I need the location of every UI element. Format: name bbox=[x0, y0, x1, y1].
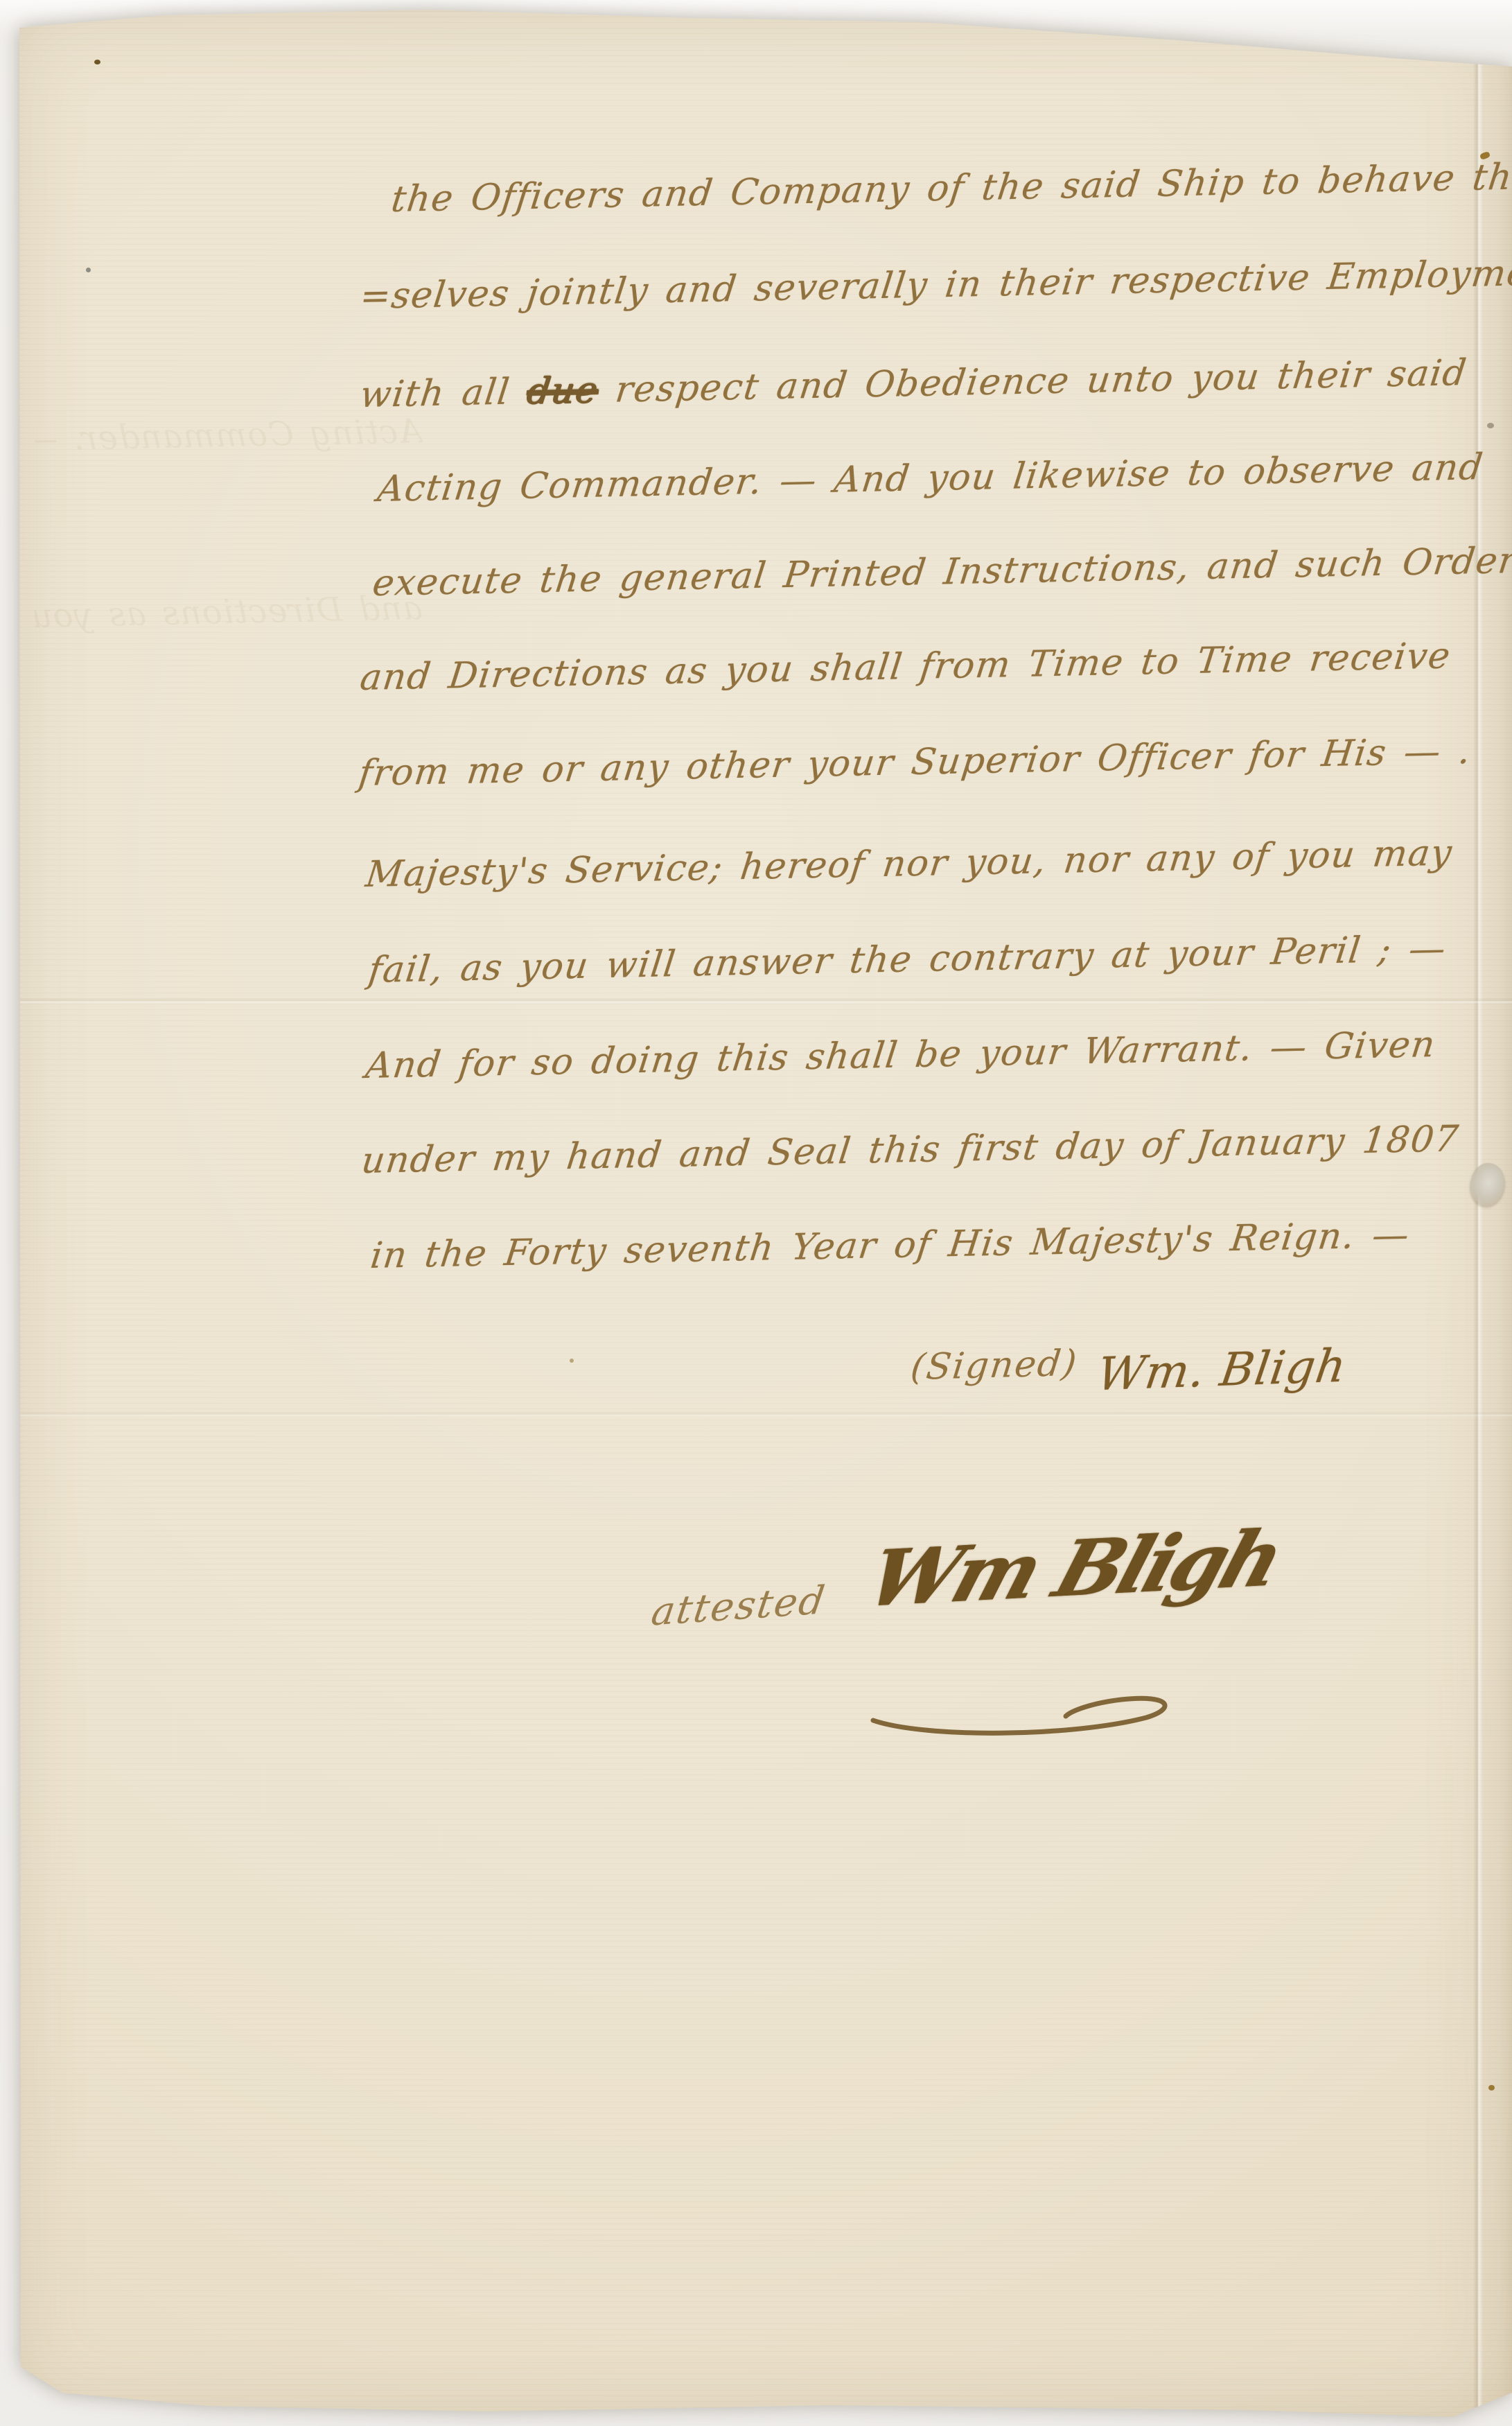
ink-showthrough: and Directions as you shall from Time to… bbox=[34, 588, 423, 636]
horizontal-crease-lower bbox=[0, 1411, 1512, 1417]
vertical-fold-crease bbox=[1473, 0, 1483, 2426]
manuscript-page: Acting Commander. — And you likewise to … bbox=[0, 0, 1512, 2426]
paper-speck bbox=[86, 268, 91, 272]
paper-speck bbox=[1488, 2085, 1495, 2091]
clerk-signature-wm-bligh: Wm. Bligh bbox=[1094, 1339, 1351, 1401]
line-text: with all bbox=[358, 371, 529, 416]
ink-showthrough: Acting Commander. — And you likewise to … bbox=[34, 412, 423, 459]
struck-word: due bbox=[525, 369, 601, 412]
signed-label: (Signed) bbox=[908, 1343, 1080, 1388]
paper-speck bbox=[1487, 423, 1494, 428]
scanned-page-background: Acting Commander. — And you likewise to … bbox=[0, 0, 1512, 2426]
signature-flourish bbox=[863, 1688, 1189, 1751]
paper-shadow-wrap: Acting Commander. — And you likewise to … bbox=[0, 0, 1512, 2426]
paper-speck bbox=[94, 60, 100, 64]
paper-speck bbox=[570, 1359, 574, 1363]
paper-speck bbox=[1425, 42, 1430, 46]
horizontal-crease-upper bbox=[0, 998, 1512, 1004]
